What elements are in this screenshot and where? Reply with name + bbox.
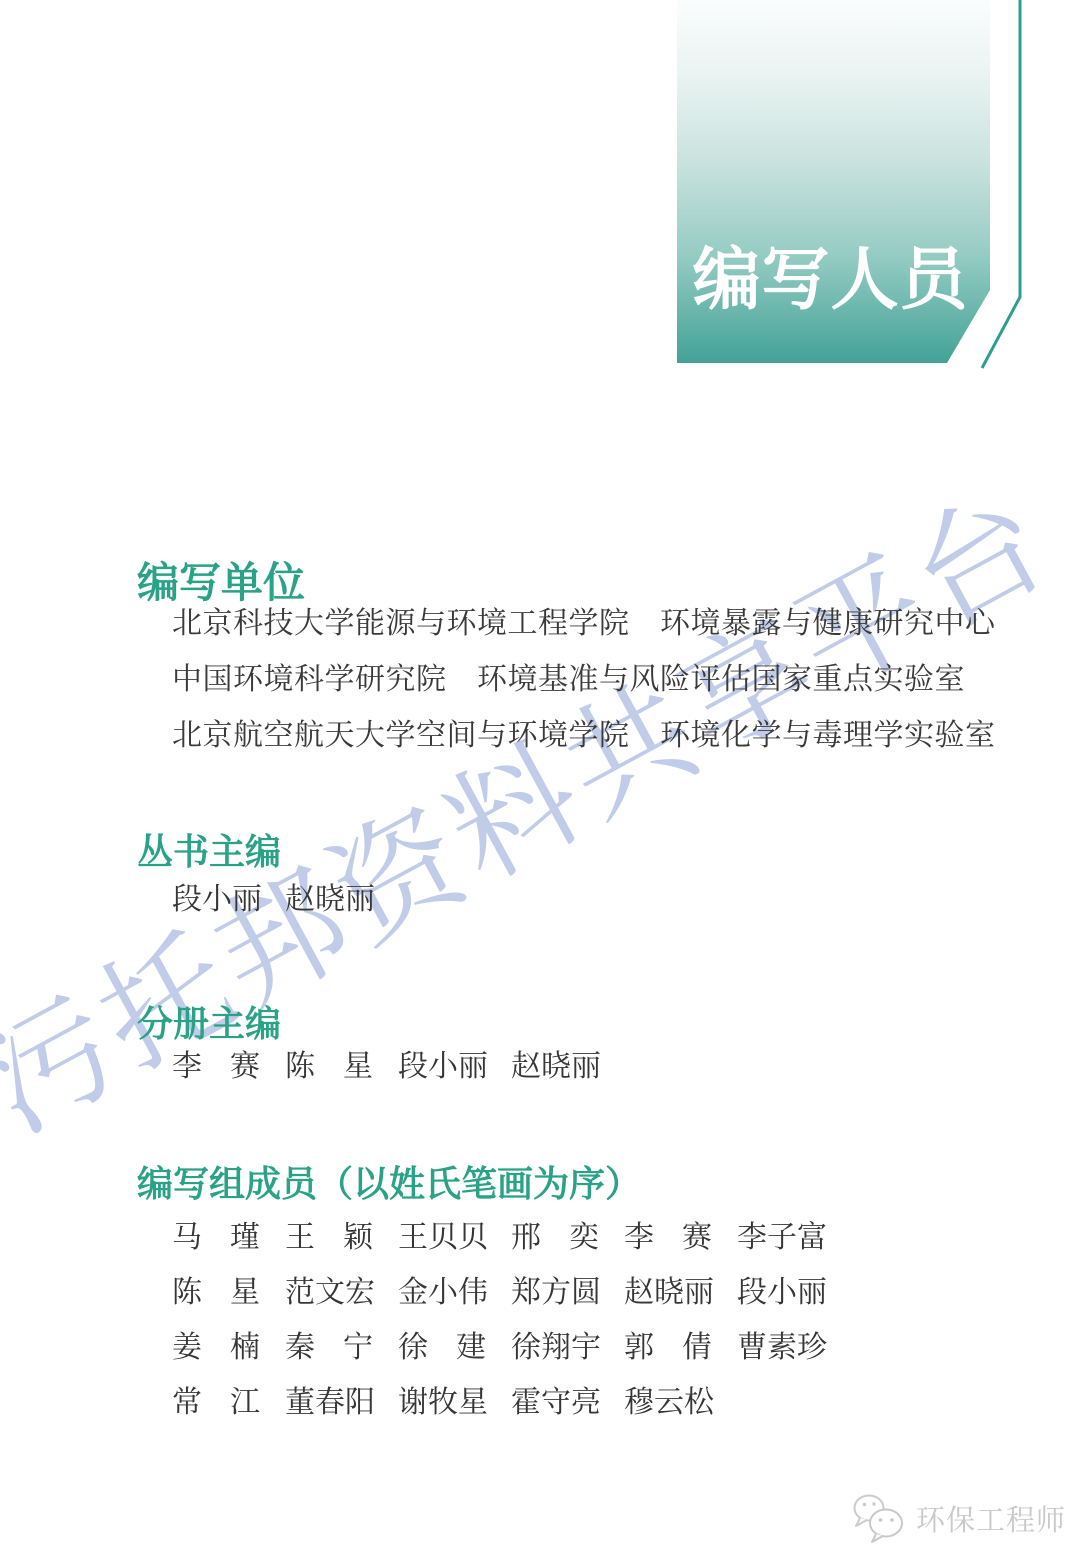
person-name: 姜楠 — [172, 1332, 260, 1363]
series-editors-names: 段小丽赵晓丽 — [172, 884, 373, 915]
person-name: 赵晓丽 — [511, 1051, 599, 1082]
section-heading-volume-editors: 分册主编 — [137, 996, 281, 1047]
person-name: 郭倩 — [624, 1332, 712, 1363]
person-name: 李赛 — [172, 1051, 260, 1082]
person-name: 董春阳 — [285, 1387, 373, 1418]
person-name: 金小伟 — [398, 1277, 486, 1308]
members-list: 马瑾王颖王贝贝邢奕李赛李子富陈星范文宏金小伟郑方圆赵晓丽段小丽姜楠秦宁徐建徐翔宇… — [172, 1222, 825, 1442]
footer-brand-text: 环保工程师 — [916, 1498, 1066, 1539]
person-name: 范文宏 — [285, 1277, 373, 1308]
person-name: 赵晓丽 — [624, 1277, 712, 1308]
person-name: 邢奕 — [511, 1222, 599, 1253]
person-name: 陈星 — [285, 1051, 373, 1082]
person-name: 赵晓丽 — [285, 884, 373, 915]
book-contributors-page: 污托邦资料共享平台 编写人员 编写单位 北京科技大学能源与环境工程学院 环境暴露… — [0, 0, 1080, 1563]
wechat-icon — [850, 1492, 908, 1544]
volume-editors-names: 李赛陈星段小丽赵晓丽 — [172, 1051, 599, 1082]
person-name: 陈星 — [172, 1277, 260, 1308]
person-name: 段小丽 — [172, 884, 260, 915]
section-heading-series-editors: 丛书主编 — [137, 824, 281, 875]
person-name: 穆云松 — [624, 1387, 712, 1418]
unit-line: 中国环境科学研究院 环境基准与风险评估国家重点实验室 — [172, 652, 996, 708]
banner-title: 编写人员 — [677, 226, 984, 323]
section-heading-members: 编写组成员（以姓氏笔画为序） — [137, 1156, 641, 1207]
person-name: 徐建 — [398, 1332, 486, 1363]
person-name: 曹素珍 — [737, 1332, 825, 1363]
person-name: 段小丽 — [398, 1051, 486, 1082]
member-row: 常江董春阳谢牧星霍守亮穆云松 — [172, 1387, 825, 1418]
person-name: 段小丽 — [737, 1277, 825, 1308]
person-name: 马瑾 — [172, 1222, 260, 1253]
member-row: 马瑾王颖王贝贝邢奕李赛李子富 — [172, 1222, 825, 1253]
footer-brand: 环保工程师 — [850, 1492, 1066, 1544]
person-name: 王颖 — [285, 1222, 373, 1253]
unit-line: 北京航空航天大学空间与环境学院 环境化学与毒理学实验室 — [172, 708, 996, 764]
person-name: 李子富 — [737, 1222, 825, 1253]
person-name: 徐翔宇 — [511, 1332, 599, 1363]
chapter-banner: 编写人员 — [677, 0, 990, 363]
person-name: 常江 — [172, 1387, 260, 1418]
member-row: 陈星范文宏金小伟郑方圆赵晓丽段小丽 — [172, 1277, 825, 1308]
unit-line: 北京科技大学能源与环境工程学院 环境暴露与健康研究中心 — [172, 596, 996, 652]
person-name: 郑方圆 — [511, 1277, 599, 1308]
person-name: 谢牧星 — [398, 1387, 486, 1418]
person-name: 李赛 — [624, 1222, 712, 1253]
person-name: 王贝贝 — [398, 1222, 486, 1253]
person-name: 秦宁 — [285, 1332, 373, 1363]
units-list: 北京科技大学能源与环境工程学院 环境暴露与健康研究中心中国环境科学研究院 环境基… — [172, 596, 996, 764]
banner-accent-line — [975, 0, 1035, 375]
member-row: 姜楠秦宁徐建徐翔宇郭倩曹素珍 — [172, 1332, 825, 1363]
person-name: 霍守亮 — [511, 1387, 599, 1418]
